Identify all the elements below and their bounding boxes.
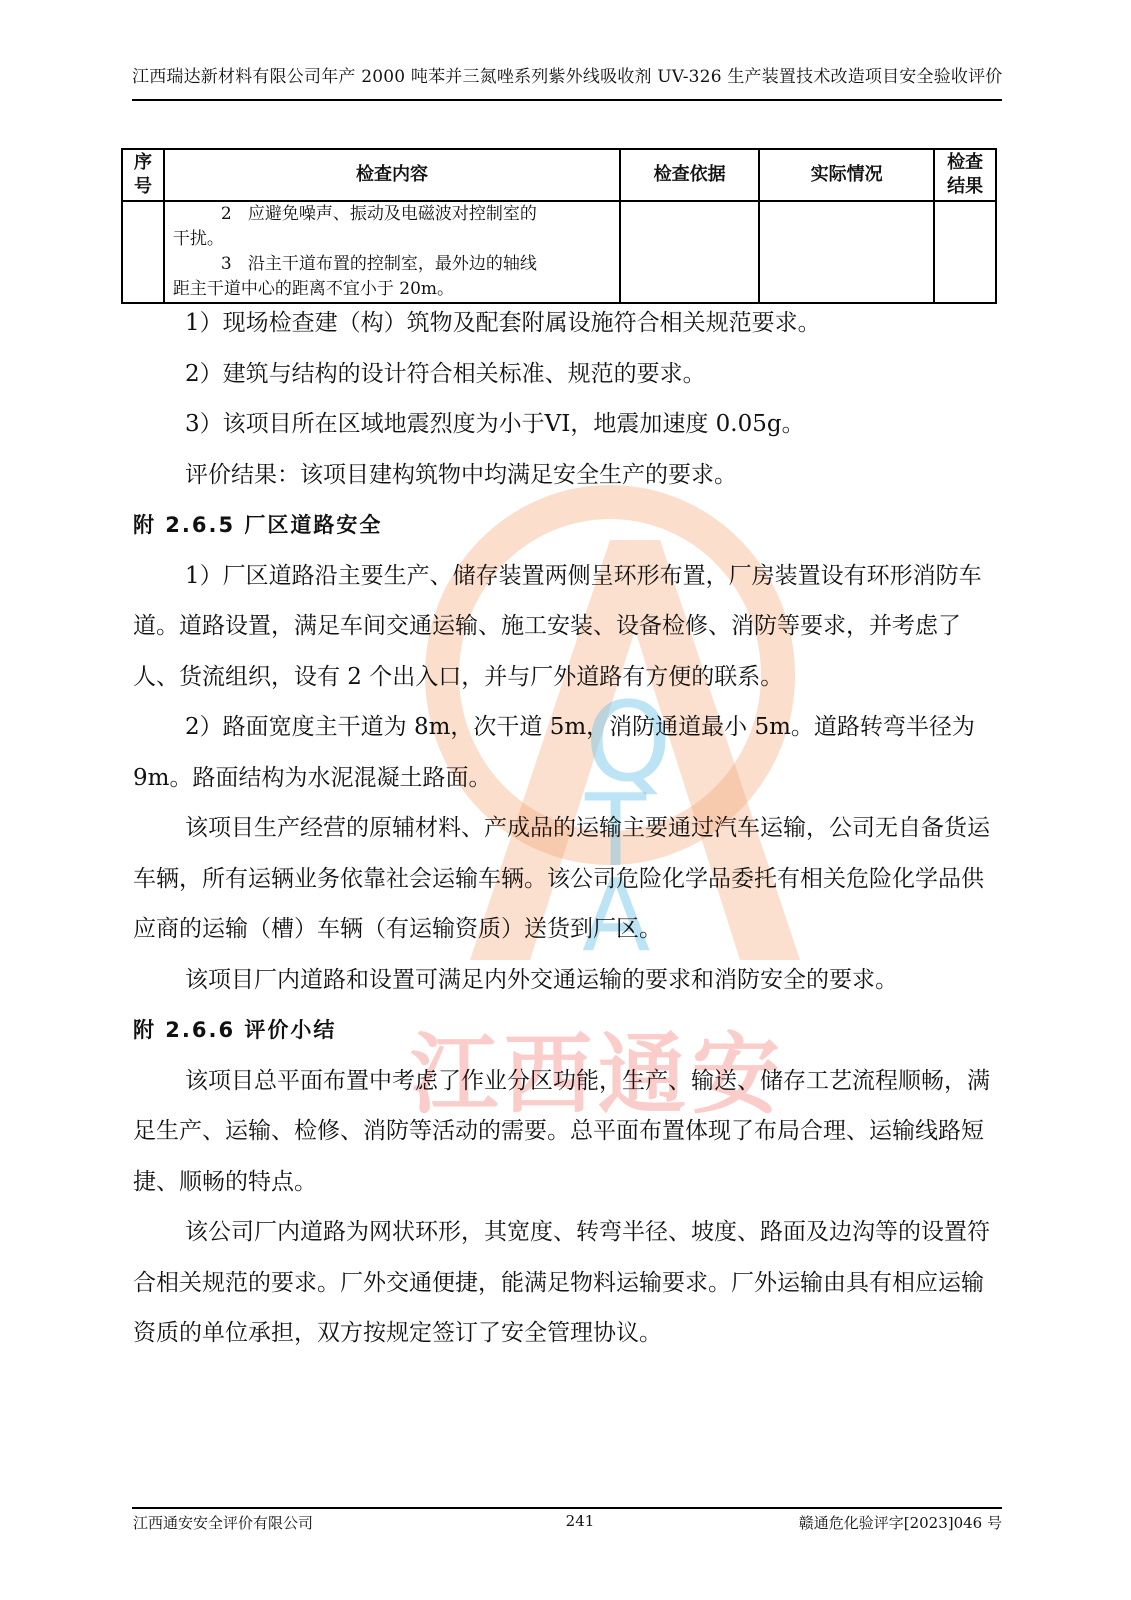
content-item: 3 沿主干道布置的控制室，最外边的轴线 [173,252,611,277]
paragraph: 该项目厂内道路和设置可满足内外交通运输的要求和消防安全的要求。 [133,955,1003,1006]
paragraph: 2）建筑与结构的设计符合相关标准、规范的要求。 [133,349,1003,400]
paragraph: 2）路面宽度主干道为 8m，次干道 5m，消防通道最小 5m。道路转弯半径为 9… [133,702,1003,803]
paragraph: 该项目总平面布置中考虑了作业分区功能，生产、输送、储存工艺流程顺畅，满足生产、运… [133,1056,1003,1208]
col-header-seq: 序 号 [122,149,164,201]
cell-seq [122,201,164,303]
col-header-basis: 检查依据 [620,149,759,201]
header-rule [132,99,1002,101]
footer-rule [132,1507,1002,1509]
section-heading-2-6-5: 附 2.6.5 厂区道路安全 [133,500,1003,551]
paragraph: 1）现场检查建（构）筑物及配套附属设施符合相关规范要求。 [133,298,1003,349]
table-header-row: 序 号 检查内容 检查依据 实际情况 检查 结果 [122,149,996,201]
footer-doc-number: 赣通危化验评字[2023]046 号 [799,1512,1002,1533]
paragraph: 该项目生产经营的原辅材料、产成品的运输主要通过汽车运输，公司无自备货运车辆，所有… [133,803,1003,955]
col-header-result: 检查 结果 [934,149,996,201]
cell-basis [620,201,759,303]
paragraph: 3）该项目所在区域地震烈度为小于VI，地震加速度 0.05g。 [133,399,1003,450]
running-header: 江西瑞达新材料有限公司年产 2000 吨苯并三氮唑系列紫外线吸收剂 UV-326… [132,62,1002,87]
col-header-content: 检查内容 [164,149,620,201]
inspection-table: 序 号 检查内容 检查依据 实际情况 检查 结果 2 应避免噪声、振动及电磁波对… [121,148,997,304]
paragraph: 该公司厂内道路为网状环形，其宽度、转弯半径、坡度、路面及边沟等的设置符合相关规范… [133,1207,1003,1359]
cell-actual [759,201,934,303]
content-item: 2 应避免噪声、振动及电磁波对控制室的 [173,202,611,227]
paragraph: 1）厂区道路沿主要生产、储存装置两侧呈环形布置，厂房装置设有环形消防车道。道路设… [133,551,1003,703]
body-content: 1）现场检查建（构）筑物及配套附属设施符合相关规范要求。 2）建筑与结构的设计符… [133,298,1003,1359]
col-header-actual: 实际情况 [759,149,934,201]
cell-content: 2 应避免噪声、振动及电磁波对控制室的 干扰。 3 沿主干道布置的控制室，最外边… [164,201,620,303]
paragraph: 评价结果：该项目建构筑物中均满足安全生产的要求。 [133,450,1003,501]
section-heading-2-6-6: 附 2.6.6 评价小结 [133,1005,1003,1056]
table-row: 2 应避免噪声、振动及电磁波对控制室的 干扰。 3 沿主干道布置的控制室，最外边… [122,201,996,303]
cell-result [934,201,996,303]
page-number: 241 [560,1512,600,1530]
footer-company: 江西通安安全评价有限公司 [133,1512,313,1533]
